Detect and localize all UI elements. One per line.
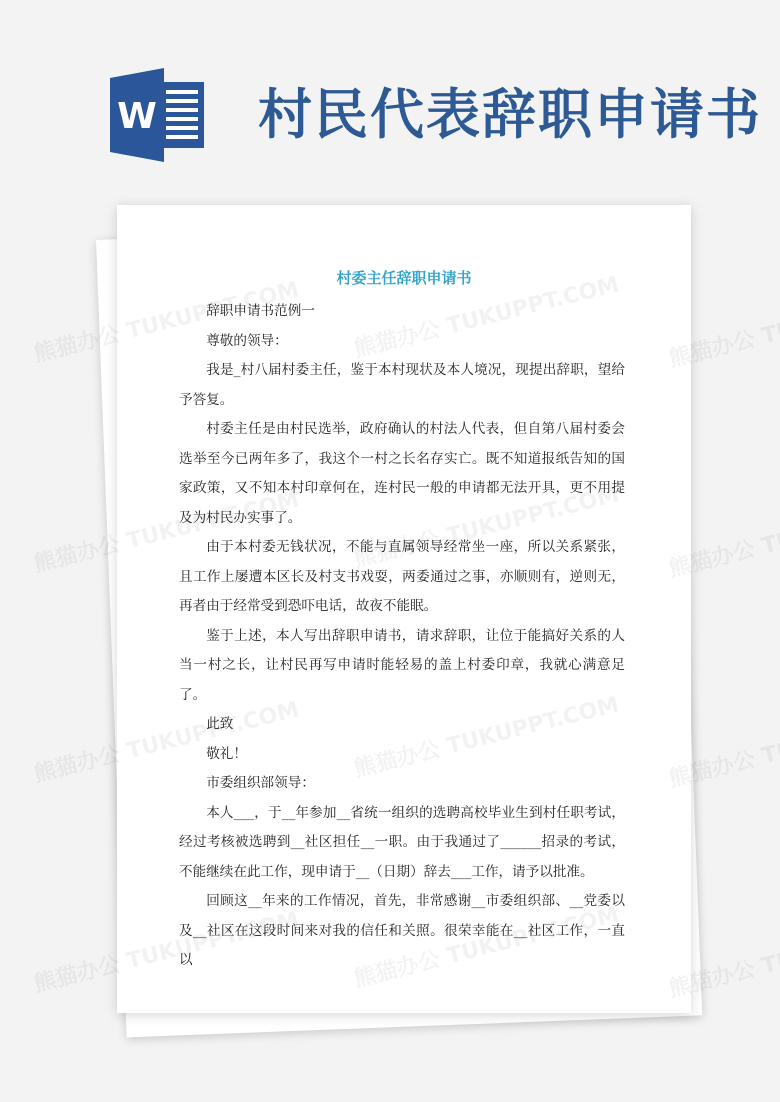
paragraph: 市委组织部领导： — [179, 769, 625, 799]
svg-text:W: W — [117, 96, 157, 137]
paragraph: 我是_村八届村委主任，鉴于本村现状及本人境况，现提出辞职，望给予答复。 — [179, 356, 625, 415]
paragraph: 村委主任是由村民选举，政府确认的村法人代表，但自第八届村委会选举至今已两年多了，… — [179, 415, 625, 533]
paragraph: 辞职申请书范例一 — [179, 297, 625, 327]
banner-title: 村民代表辞职申请书 — [258, 74, 762, 154]
document-body: 辞职申请书范例一 尊敬的领导： 我是_村八届村委主任，鉴于本村现状及本人境况，现… — [179, 297, 625, 976]
paragraph: 回顾这__年来的工作情况，首先，非常感谢__市委组织部、__党委以及__社区在这… — [179, 887, 625, 976]
paragraph: 由于本村委无钱状况，不能与直属领导经常坐一座，所以关系紧张，且工作上屡遭本区长及… — [179, 533, 625, 622]
paragraph: 敬礼！ — [179, 740, 625, 770]
word-document-icon: W — [108, 68, 208, 162]
document-title: 村委主任辞职申请书 — [117, 267, 691, 288]
banner: W 村民代表辞职申请书 — [0, 0, 780, 190]
paragraph: 鉴于上述，本人写出辞职申请书，请求辞职，让位于能搞好关系的人当一村之长，让村民再… — [179, 622, 625, 711]
document-page: 村委主任辞职申请书 辞职申请书范例一 尊敬的领导： 我是_村八届村委主任，鉴于本… — [117, 205, 691, 1013]
paragraph: 此致 — [179, 710, 625, 740]
paragraph: 尊敬的领导： — [179, 327, 625, 357]
paragraph: 本人___，于__年参加__省统一组织的选聘高校毕业生到村任职考试，经过考核被选… — [179, 799, 625, 888]
